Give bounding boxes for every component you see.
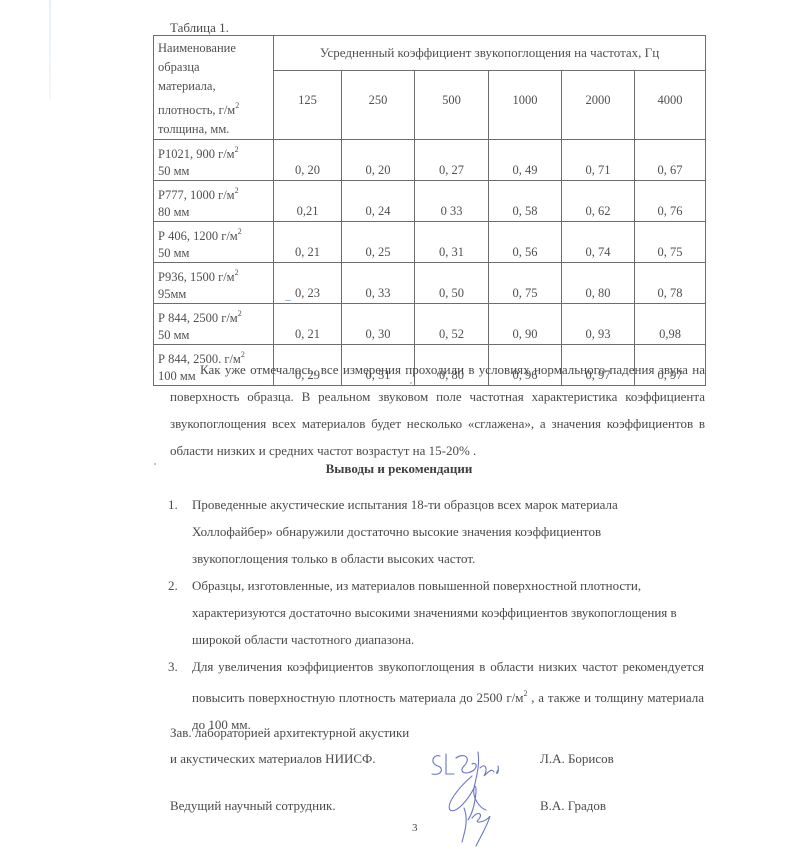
coefficient-cell: 0, 74	[562, 222, 635, 263]
section-title: Выводы и рекомендации	[0, 461, 798, 477]
material-name-cell: Р777, 1000 г/м280 мм	[154, 181, 274, 222]
coefficient-cell: 0, 33	[342, 263, 415, 304]
material-line: Р 844, 2500 г/м	[158, 311, 238, 325]
coefficient-cell: 0, 27	[415, 140, 489, 181]
material-name-cell: Р 406, 1200 г/м250 мм	[154, 222, 274, 263]
list-text: Образцы, изготовленные, из материалов по…	[192, 572, 692, 653]
list-number: 3.	[168, 653, 178, 680]
page-number: 3	[412, 822, 418, 834]
coefficient-cell: 0 33	[415, 181, 489, 222]
coefficient-cell: 0, 90	[489, 304, 562, 345]
body-paragraph: Как уже отмечалось, все измерения проход…	[170, 356, 705, 464]
coefficient-cell: 0, 58	[489, 181, 562, 222]
thickness-line: 95мм	[158, 287, 186, 301]
material-line: Р1021, 900 г/м	[158, 147, 235, 161]
coefficient-cell: 0,21	[274, 181, 342, 222]
coefficient-cell: 0, 52	[415, 304, 489, 345]
coefficient-cell: 0, 21	[274, 222, 342, 263]
freq-header: 1000	[489, 71, 562, 140]
thickness-line: 50 мм	[158, 246, 189, 260]
table-caption: Таблица 1.	[170, 20, 229, 36]
table-row: Р 844, 2500 г/м250 мм0, 210, 300, 520, 9…	[154, 304, 706, 345]
freq-header: 4000	[635, 71, 706, 140]
coefficient-cell: 0, 30	[342, 304, 415, 345]
coefficient-cell: 0, 21	[274, 304, 342, 345]
signatory-name-1: Л.А. Борисов	[540, 751, 614, 767]
list-item: 1. Проведенные акустические испытания 18…	[168, 491, 708, 572]
coefficient-cell: 0, 76	[635, 181, 706, 222]
position-title-1: Зав. лабораторией архитектурной акустики	[170, 725, 409, 741]
thickness-line: 80 мм	[158, 205, 189, 219]
coefficient-cell: 0, 25	[342, 222, 415, 263]
header-line: материала,	[158, 79, 216, 93]
conclusions-list: 1. Проведенные акустические испытания 18…	[168, 491, 708, 738]
signatory-name-2: В.А. Градов	[540, 798, 606, 814]
header-line: плотность, г/м	[158, 103, 235, 117]
material-line: Р936, 1500 г/м	[158, 270, 235, 284]
scan-edge	[49, 0, 51, 100]
header-line: образца	[158, 60, 200, 74]
coefficient-cell: 0, 93	[562, 304, 635, 345]
list-text: Проведенные акустические испытания 18-ти…	[192, 491, 662, 572]
coefficient-cell: 0, 23	[274, 263, 342, 304]
handwritten-signature-icon	[428, 748, 538, 848]
superscript: 2	[235, 268, 239, 277]
scan-speck	[154, 463, 156, 465]
material-name-cell: Р936, 1500 г/м295мм	[154, 263, 274, 304]
superscript: 2	[235, 145, 239, 154]
coefficient-cell: 0, 56	[489, 222, 562, 263]
header-line: толщина, мм.	[158, 122, 229, 136]
coefficient-cell: 0, 71	[562, 140, 635, 181]
material-line: Р777, 1000 г/м	[158, 188, 235, 202]
freq-header: 500	[415, 71, 489, 140]
table-row: Р936, 1500 г/м295мм0, 230, 330, 500, 750…	[154, 263, 706, 304]
list-item: 2. Образцы, изготовленные, из материалов…	[168, 572, 708, 653]
coefficient-cell: 0,98	[635, 304, 706, 345]
material-column-header: Наименование образца материала, плотност…	[154, 36, 274, 140]
frequency-group-header: Усредненный коэффициент звукопоглощения …	[274, 36, 706, 71]
paragraph-text: Как уже отмечалось, все измерения проход…	[170, 362, 705, 458]
coefficient-cell: 0, 20	[274, 140, 342, 181]
coefficient-cell: 0, 67	[635, 140, 706, 181]
absorption-table: Наименование образца материала, плотност…	[153, 35, 706, 386]
scan-speck	[410, 382, 412, 384]
coefficient-cell: 0, 49	[489, 140, 562, 181]
table-row: Р777, 1000 г/м280 мм0,210, 240 330, 580,…	[154, 181, 706, 222]
header-line: Наименование	[158, 41, 236, 55]
superscript: 2	[238, 309, 242, 318]
freq-header: 2000	[562, 71, 635, 140]
list-number: 1.	[168, 491, 178, 518]
superscript: 2	[235, 186, 239, 195]
coefficient-cell: 0, 31	[415, 222, 489, 263]
material-line: Р 406, 1200 г/м	[158, 229, 238, 243]
superscript: 2	[235, 101, 239, 110]
thickness-line: 50 мм	[158, 328, 189, 342]
table-row: Р 406, 1200 г/м250 мм0, 210, 250, 310, 5…	[154, 222, 706, 263]
coefficient-cell: 0, 78	[635, 263, 706, 304]
coefficient-cell: 0, 75	[489, 263, 562, 304]
coefficient-cell: 0, 50	[415, 263, 489, 304]
material-name-cell: Р 844, 2500 г/м250 мм	[154, 304, 274, 345]
superscript: 2	[238, 227, 242, 236]
table-row: Р1021, 900 г/м250 мм0, 200, 200, 270, 49…	[154, 140, 706, 181]
freq-header: 125	[274, 71, 342, 140]
material-name-cell: Р1021, 900 г/м250 мм	[154, 140, 274, 181]
coefficient-cell: 0, 80	[562, 263, 635, 304]
position-title-2: Ведущий научный сотрудник.	[170, 798, 336, 814]
position-title-1b: и акустических материалов НИИСФ.	[170, 751, 376, 767]
list-number: 2.	[168, 572, 178, 599]
coefficient-cell: 0, 62	[562, 181, 635, 222]
coefficient-cell: 0, 24	[342, 181, 415, 222]
thickness-line: 50 мм	[158, 164, 189, 178]
coefficient-cell: 0, 20	[342, 140, 415, 181]
coefficient-cell: 0, 75	[635, 222, 706, 263]
scan-speck	[285, 300, 291, 301]
freq-header: 250	[342, 71, 415, 140]
